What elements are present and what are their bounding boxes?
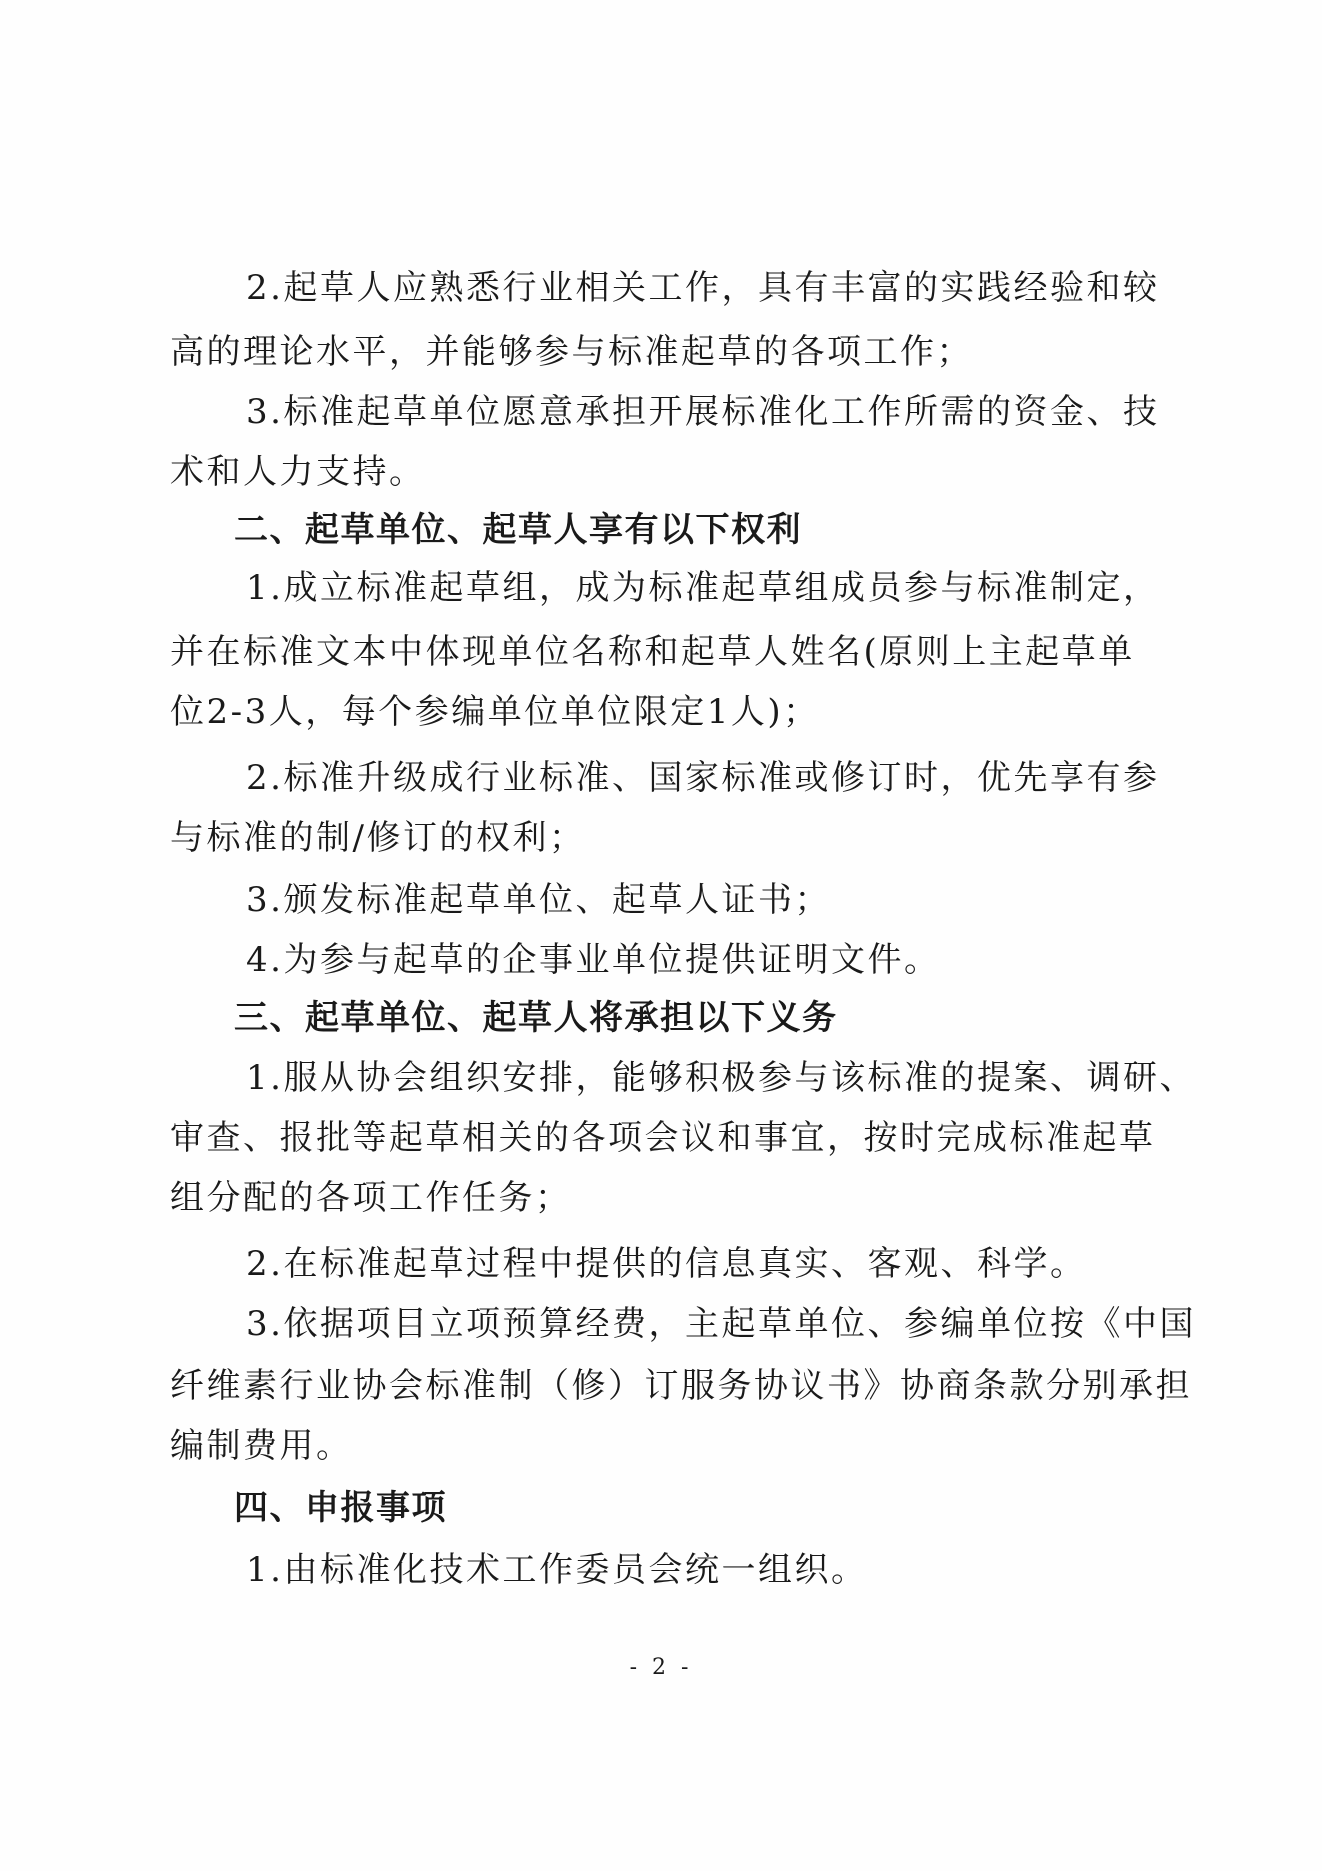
- paragraph-line: 2.在标准起草过程中提供的信息真实、客观、科学。: [246, 1244, 1206, 1284]
- section-heading-rights: 二、起草单位、起草人享有以下权利: [234, 510, 1194, 550]
- paragraph-line: 1.由标准化技术工作委员会统一组织。: [246, 1550, 1206, 1590]
- paragraph-line: 2.起草人应熟悉行业相关工作，具有丰富的实践经验和较: [246, 268, 1206, 308]
- paragraph-line: 3.依据项目立项预算经费，主起草单位、参编单位按《中国: [246, 1304, 1206, 1344]
- paragraph-line: 与标准的制/修订的权利；: [170, 818, 1130, 858]
- paragraph-line: 组分配的各项工作任务；: [170, 1178, 1130, 1218]
- paragraph-line: 纤维素行业协会标准制（修）订服务协议书》协商条款分别承担: [170, 1366, 1130, 1406]
- paragraph-line: 高的理论水平，并能够参与标准起草的各项工作；: [170, 332, 1130, 372]
- document-page: 2.起草人应熟悉行业相关工作，具有丰富的实践经验和较 高的理论水平，并能够参与标…: [0, 0, 1322, 1871]
- paragraph-line: 4.为参与起草的企事业单位提供证明文件。: [246, 940, 1206, 980]
- paragraph-line: 3.颁发标准起草单位、起草人证书；: [246, 880, 1206, 920]
- paragraph-line: 并在标准文本中体现单位名称和起草人姓名(原则上主起草单: [170, 632, 1130, 672]
- paragraph-line: 3.标准起草单位愿意承担开展标准化工作所需的资金、技: [246, 392, 1206, 432]
- paragraph-line: 编制费用。: [170, 1426, 1130, 1466]
- paragraph-line: 1.成立标准起草组，成为标准起草组成员参与标准制定，: [246, 568, 1206, 608]
- paragraph-line: 位2-3人，每个参编单位单位限定1人)；: [170, 692, 1130, 732]
- paragraph-line: 审查、报批等起草相关的各项会议和事宜，按时完成标准起草: [170, 1118, 1130, 1158]
- page-number: - 2 -: [0, 1655, 1322, 1680]
- section-heading-application: 四、申报事项: [234, 1488, 1194, 1528]
- paragraph-line: 1.服从协会组织安排，能够积极参与该标准的提案、调研、: [246, 1058, 1206, 1098]
- paragraph-line: 术和人力支持。: [170, 452, 1130, 492]
- paragraph-line: 2.标准升级成行业标准、国家标准或修订时，优先享有参: [246, 758, 1206, 798]
- section-heading-obligations: 三、起草单位、起草人将承担以下义务: [234, 998, 1194, 1038]
